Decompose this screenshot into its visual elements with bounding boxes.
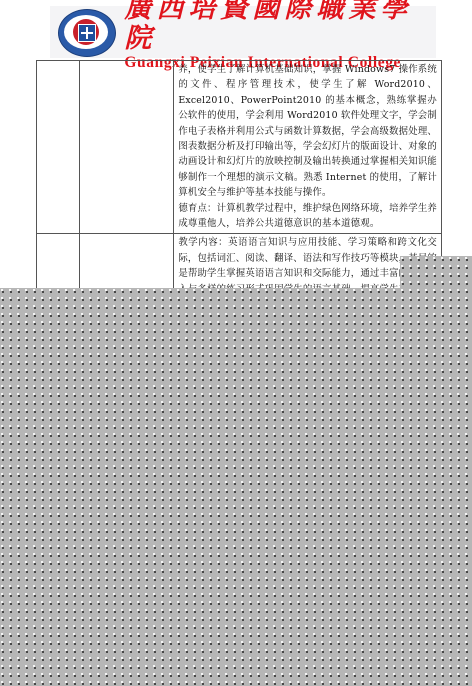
college-emblem-icon xyxy=(56,9,116,55)
moral-education-paragraph: 德育点：计算机教学过程中，维护绿色网络环境，培养学生养成尊重他人，培养公共道德意… xyxy=(178,201,437,232)
college-header-banner: 廣西培賢國際職業學院 Guangxi Peixian International… xyxy=(50,6,436,58)
table-cell-index xyxy=(37,61,80,234)
college-name-chinese: 廣西培賢國際職業學院 xyxy=(124,0,436,54)
table-cell-course xyxy=(80,61,174,234)
loading-placeholder-overlay-edge xyxy=(400,256,472,288)
description-paragraph: 养，使学生了解计算机基础知识，掌握 Windows7 操作系统的文件、程序管理技… xyxy=(178,62,437,201)
loading-placeholder-overlay xyxy=(0,288,472,686)
table-row: 养，使学生了解计算机基础知识，掌握 Windows7 操作系统的文件、程序管理技… xyxy=(37,61,442,234)
table-cell-description: 养，使学生了解计算机基础知识，掌握 Windows7 操作系统的文件、程序管理技… xyxy=(174,61,442,234)
